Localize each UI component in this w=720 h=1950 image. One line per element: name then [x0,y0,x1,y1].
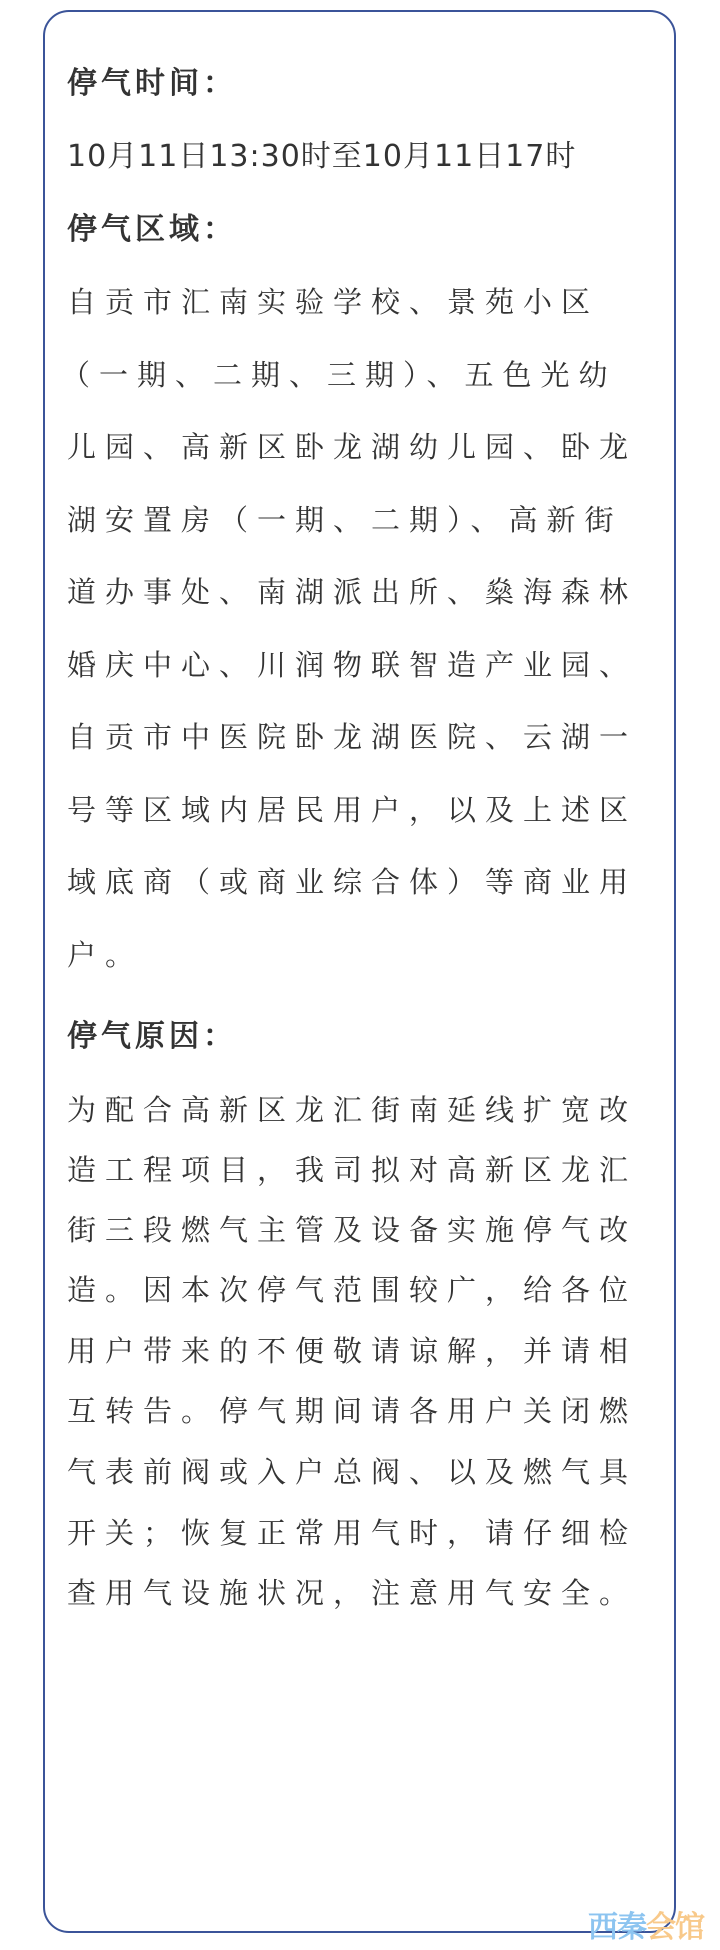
watermark-part1: 西秦 [588,1910,646,1945]
time-heading: 停气时间： [67,64,237,104]
reason-line: 查用气设施状况，注意用气安全。 [67,1573,637,1613]
reason-heading: 停气原因： [67,1017,237,1057]
area-line: 婚庆中心、川润物联智造产业园、 [67,645,637,685]
area-line: 湖安置房（一期、二期）、高新街 [67,500,623,540]
area-line: 域底商（或商业综合体）等商业用 [67,862,637,902]
area-line: 自贡市汇南实验学校、景苑小区 [67,282,599,322]
reason-line: 造工程项目，我司拟对高新区龙汇 [67,1150,637,1190]
watermark-logo: 西秦会馆 [588,1910,704,1946]
reason-line: 造。因本次停气范围较广，给各位 [67,1270,637,1310]
reason-line: 街三段燃气主管及设备实施停气改 [67,1210,637,1250]
reason-line: 开关；恢复正常用气时，请仔细检 [67,1513,637,1553]
reason-line: 互转告。停气期间请各用户关闭燃 [67,1391,637,1431]
reason-line: 用户带来的不便敬请谅解，并请相 [67,1331,637,1371]
area-heading: 停气区域： [67,210,237,250]
area-line: 户。 [67,935,143,975]
area-line: （一期、二期、三期）、五色光幼 [61,355,617,395]
area-line: 儿园、高新区卧龙湖幼儿园、卧龙 [67,427,637,467]
area-line: 自贡市中医院卧龙湖医院、云湖一 [67,717,637,757]
area-line: 道办事处、南湖派出所、燊海森林 [67,572,637,612]
time-value: 10月11日13:30时至10月11日17时 [67,137,576,177]
reason-line: 为配合高新区龙汇街南延线扩宽改 [67,1090,637,1130]
reason-line: 气表前阀或入户总阀、以及燃气具 [67,1452,637,1492]
area-line: 号等区域内居民用户，以及上述区 [67,790,637,830]
watermark-part2: 会馆 [646,1910,704,1945]
